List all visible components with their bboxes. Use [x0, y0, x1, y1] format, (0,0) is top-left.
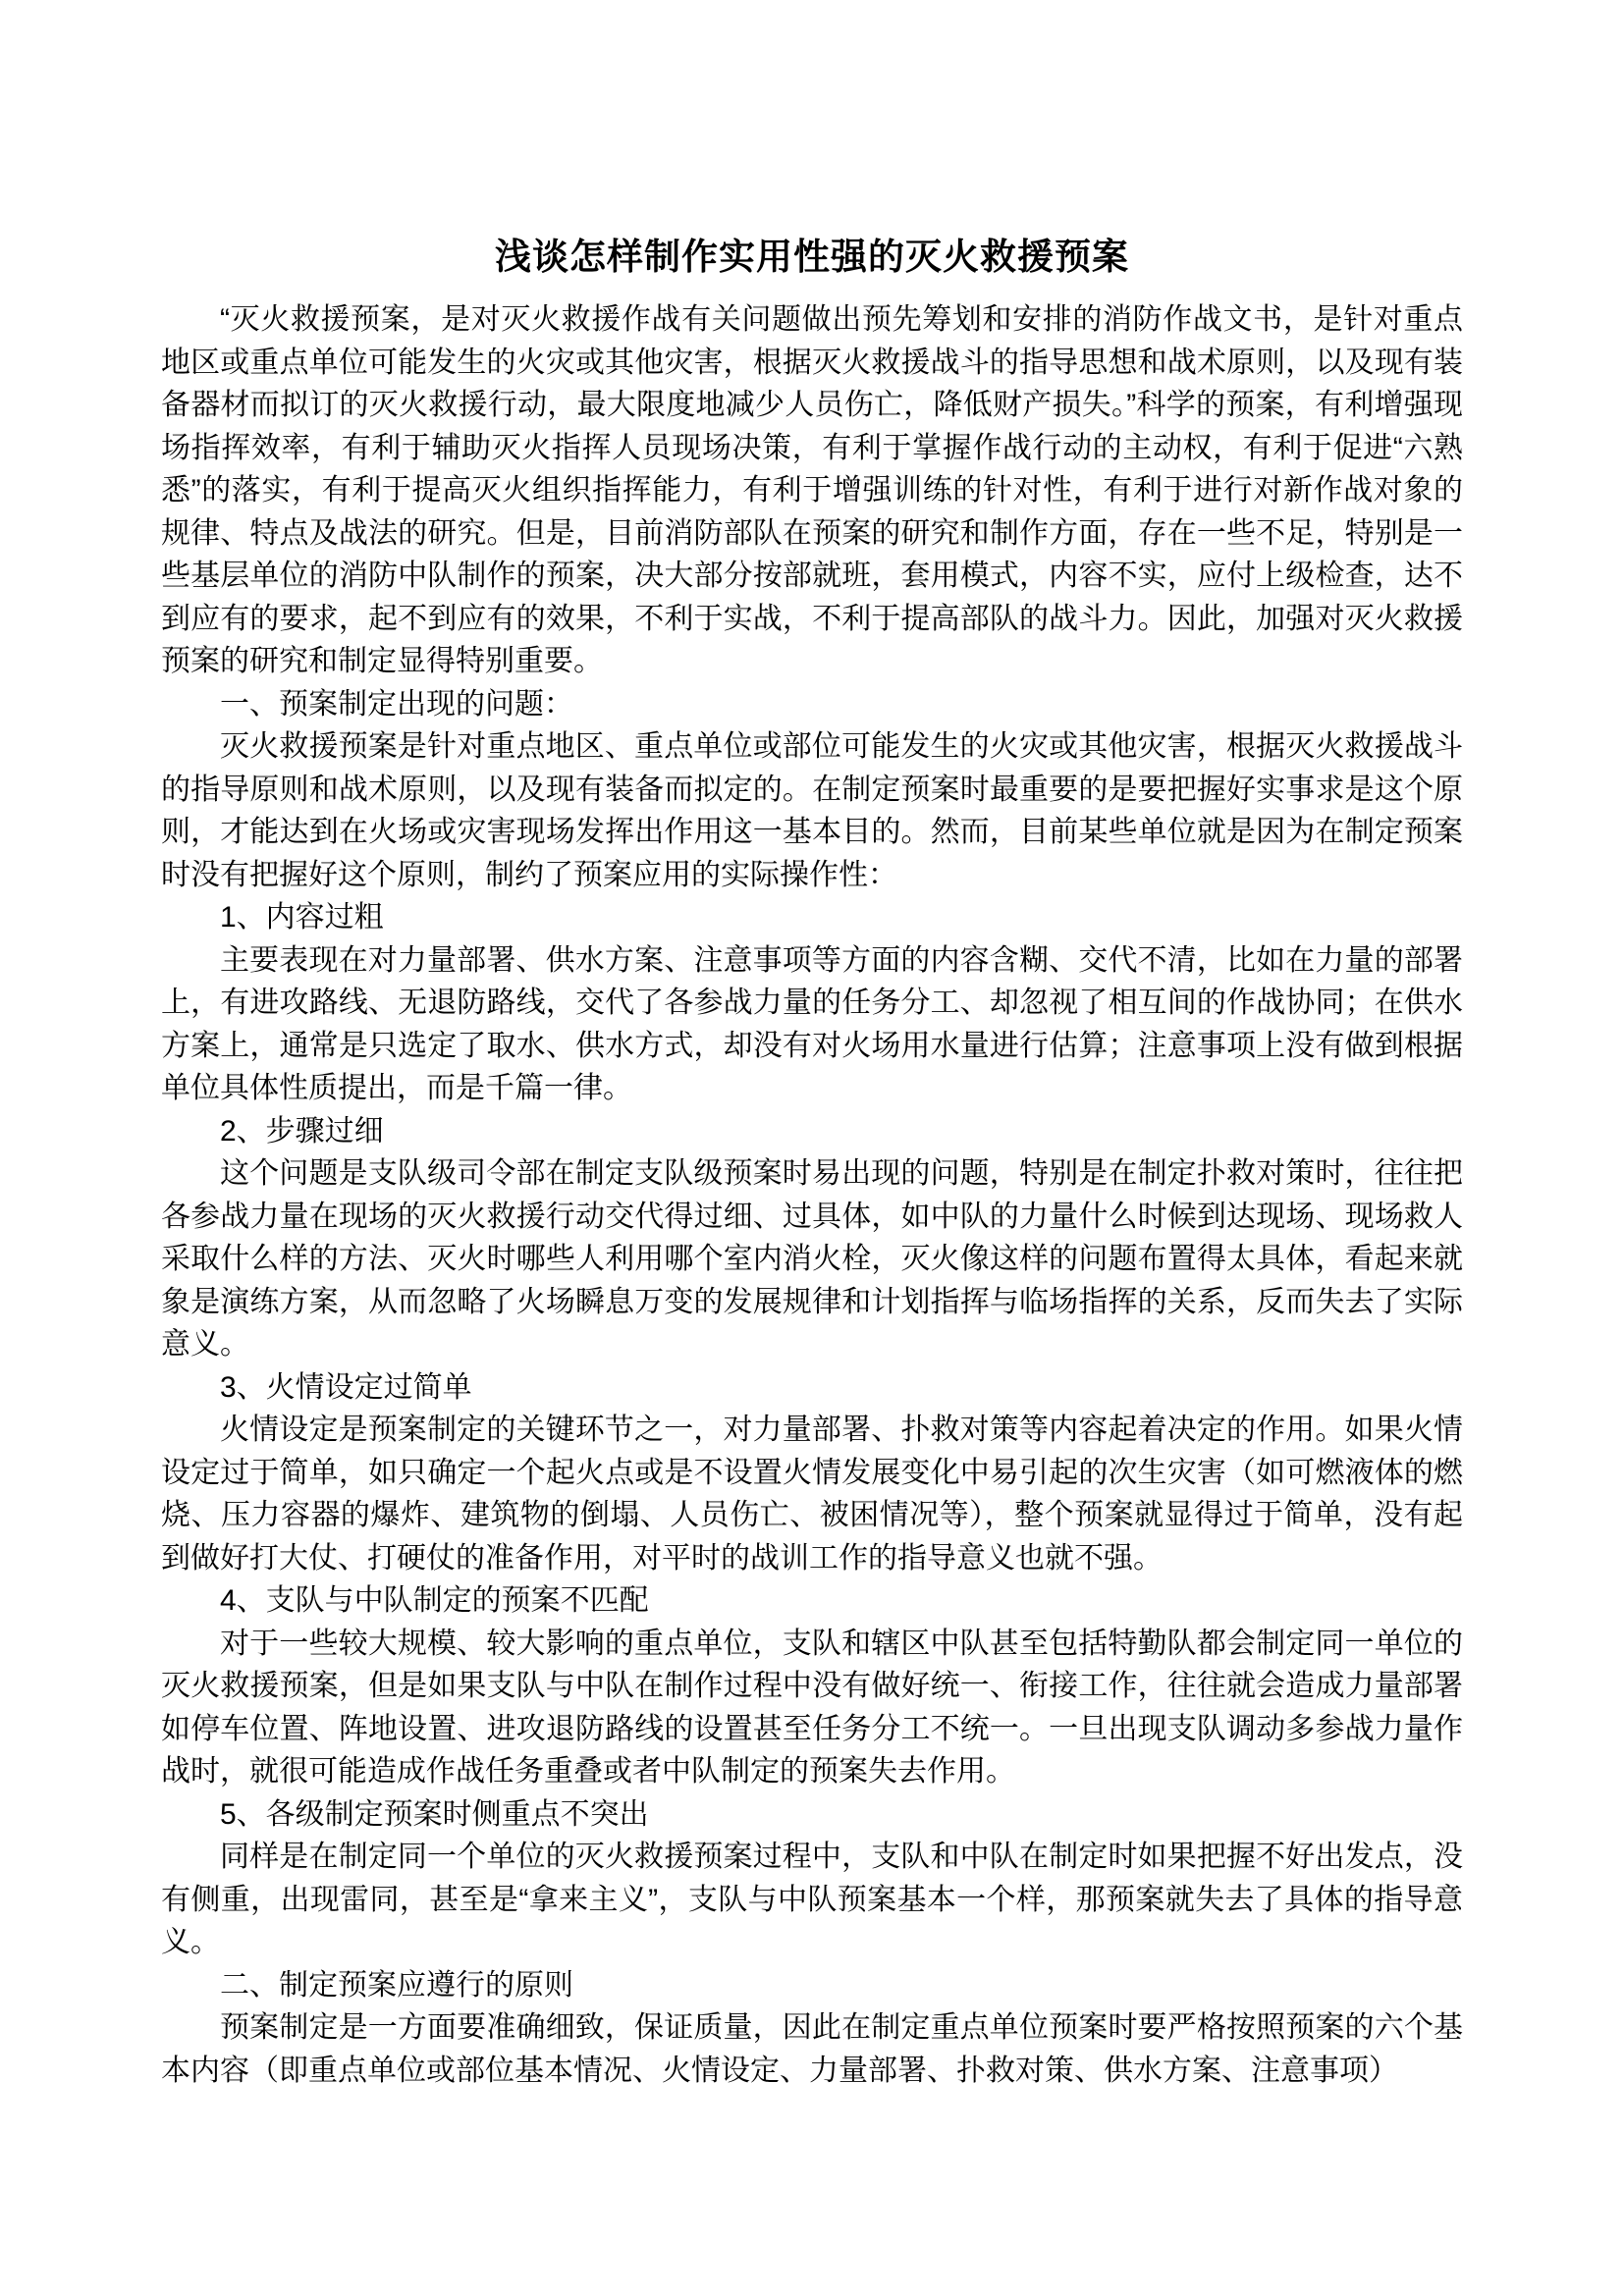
- heading-problem-1: 1、内容过粗: [161, 896, 1463, 939]
- heading-section-2: 二、制定预案应遵行的原则: [161, 1964, 1463, 2007]
- paragraph-problem-4: 对于一些较大规模、较大影响的重点单位，支队和辖区中队甚至包括特勤队都会制定同一单…: [161, 1623, 1463, 1793]
- paragraph-problem-3: 火情设定是预案制定的关键环节之一，对力量部署、扑救对策等内容起着决定的作用。如果…: [161, 1409, 1463, 1579]
- paragraph-problem-5: 同样是在制定同一个单位的灭火救援预案过程中，支队和中队在制定时如果把握不好出发点…: [161, 1836, 1463, 1964]
- heading-problem-5: 5、各级制定预案时侧重点不突出: [161, 1793, 1463, 1837]
- paragraph-section2-intro: 预案制定是一方面要准确细致，保证质量，因此在制定重点单位预案时要严格按照预案的六…: [161, 2006, 1463, 2092]
- heading-problem-3: 3、火情设定过简单: [161, 1366, 1463, 1410]
- document-page: 浅谈怎样制作实用性强的灭火救援预案 “灭火救援预案，是对灭火救援作战有关问题做出…: [0, 0, 1624, 2296]
- document-title: 浅谈怎样制作实用性强的灭火救援预案: [161, 236, 1463, 279]
- paragraph-problem-1: 主要表现在对力量部署、供水方案、注意事项等方面的内容含糊、交代不清，比如在力量的…: [161, 939, 1463, 1110]
- heading-section-1: 一、预案制定出现的问题：: [161, 683, 1463, 726]
- heading-problem-2: 2、步骤过细: [161, 1110, 1463, 1153]
- heading-problem-4: 4、支队与中队制定的预案不匹配: [161, 1579, 1463, 1623]
- paragraph-intro: “灭火救援预案，是对灭火救援作战有关问题做出预先筹划和安排的消防作战文书，是针对…: [161, 298, 1463, 683]
- paragraph-problem-2: 这个问题是支队级司令部在制定支队级预案时易出现的问题，特别是在制定扑救对策时，往…: [161, 1152, 1463, 1366]
- paragraph-section1-intro: 灭火救援预案是针对重点地区、重点单位或部位可能发生的火灾或其他灾害，根据灭火救援…: [161, 725, 1463, 896]
